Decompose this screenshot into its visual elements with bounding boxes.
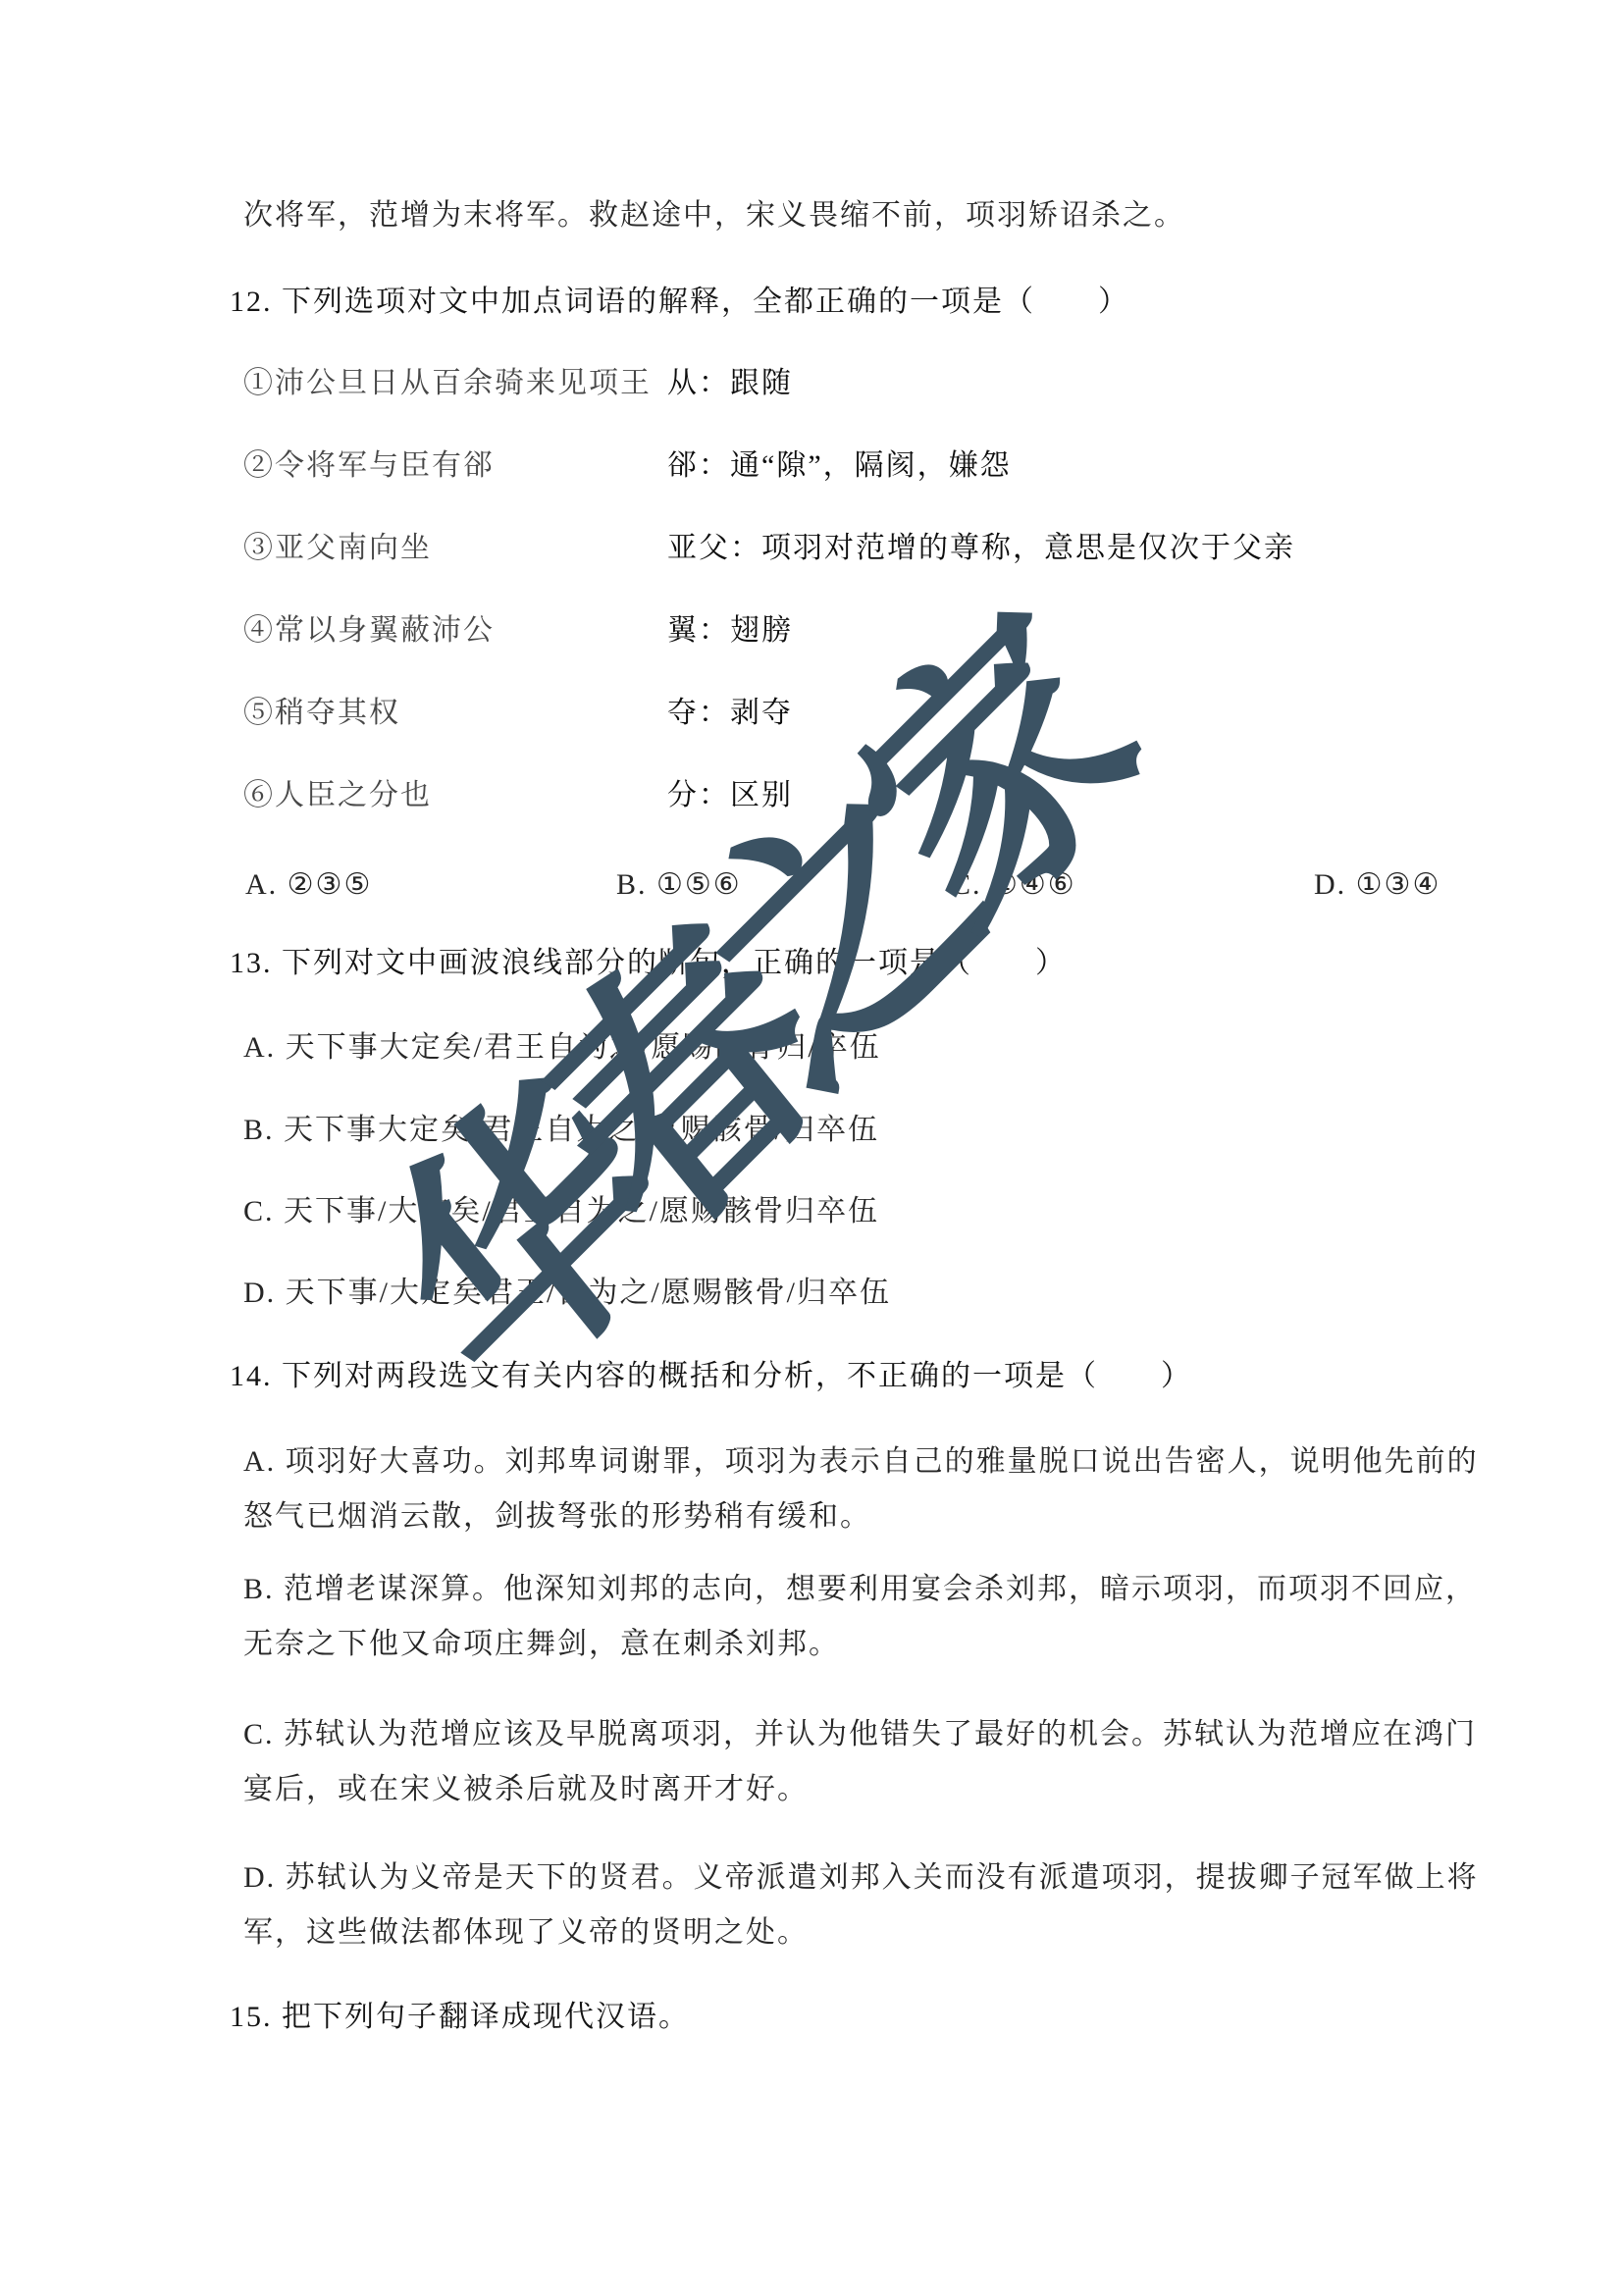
q12-item-3: ③亚父南向坐 亚父：项羽对范增的尊称，意思是仅次于父亲: [243, 529, 1519, 570]
question-12-stem: 12. 下列选项对文中加点词语的解释，全都正确的一项是（ ）: [230, 283, 1129, 322]
q14-option-c-line1: C. 苏轼认为范增应该及早脱离项羽，并认为他错失了最好的机会。苏轼认为范增应在鸿…: [243, 1715, 1477, 1754]
q12-item-3-gloss: 亚父：项羽对范增的尊称，意思是仅次于父亲: [667, 529, 1295, 568]
q12-item-3-phrase: ③亚父南向坐: [243, 529, 432, 568]
exam-document-page: 次将军，范增为末将军。救赵途中，宋义畏缩不前，项羽矫诏杀之。 12. 下列选项对…: [0, 0, 1623, 2296]
q12-item-4-gloss: 翼：翅膀: [667, 611, 793, 651]
q14-option-c-line2: 宴后，或在宋义被杀后就及时离开才好。: [243, 1770, 809, 1809]
q12-item-5-gloss: 夺：剥夺: [667, 694, 793, 733]
q12-item-4-phrase: ④常以身翼蔽沛公: [243, 611, 495, 651]
q14-option-d-line2: 军，这些做法都体现了义帝的贤明之处。: [243, 1913, 809, 1953]
q14-option-b-line2: 无奈之下他又命项庄舞剑，意在刺杀刘邦。: [243, 1625, 840, 1664]
question-14-stem: 14. 下列对两段选文有关内容的概括和分析，不正确的一项是（ ）: [230, 1357, 1192, 1396]
q14-option-b-line1: B. 范增老谋深算。他深知刘邦的志向，想要利用宴会杀刘邦，暗示项羽，而项羽不回应…: [243, 1570, 1477, 1609]
q12-item-6-phrase: ⑥人臣之分也: [243, 776, 432, 815]
question-15-stem: 15. 把下列句子翻译成现代汉语。: [230, 1998, 690, 2037]
q12-item-1: ①沛公旦日从百余骑来见项王 从：跟随: [243, 364, 1519, 405]
q12-item-2: ②令将军与臣有郤 郤：通“隙”，隔阂，嫌怨: [243, 446, 1519, 488]
q14-option-d-line1: D. 苏轼认为义帝是天下的贤君。义帝派遣刘邦入关而没有派遣项羽，提拔卿子冠军做上…: [243, 1858, 1479, 1898]
q12-item-2-gloss: 郤：通“隙”，隔阂，嫌怨: [667, 446, 1012, 486]
q12-item-4: ④常以身翼蔽沛公 翼：翅膀: [243, 611, 1519, 652]
q12-item-2-phrase: ②令将军与臣有郤: [243, 446, 495, 486]
q14-option-a-line1: A. 项羽好大喜功。刘邦卑词谢罪，项羽为表示自己的雅量脱口说出告密人，说明他先前…: [243, 1442, 1479, 1482]
q12-item-1-phrase: ①沛公旦日从百余骑来见项王: [243, 364, 652, 403]
q12-choice-d: D. ①③④: [1314, 865, 1440, 905]
q12-item-5-phrase: ⑤稍夺其权: [243, 694, 400, 733]
q12-choice-a: A. ②③⑤: [245, 865, 372, 905]
passage-continuation-text: 次将军，范增为末将军。救赵途中，宋义畏缩不前，项羽矫诏杀之。: [243, 196, 1185, 235]
q12-item-1-gloss: 从：跟随: [667, 364, 793, 403]
q14-option-a-line2: 怒气已烟消云散，剑拔弩张的形势稍有缓和。: [243, 1497, 871, 1537]
